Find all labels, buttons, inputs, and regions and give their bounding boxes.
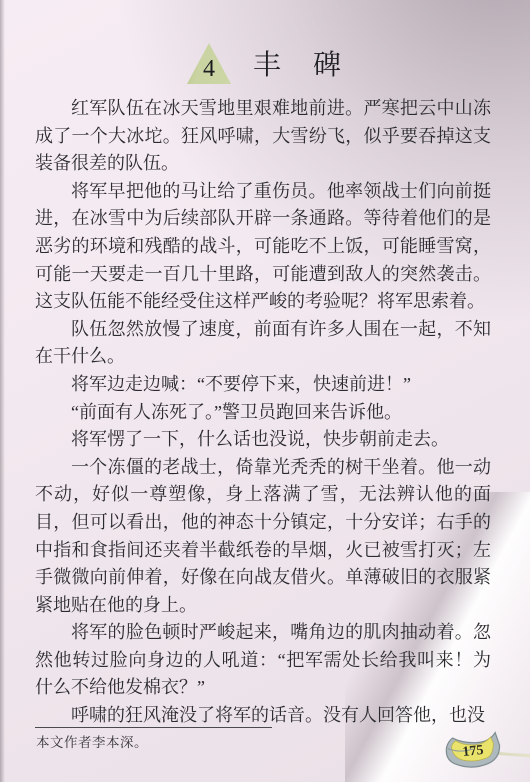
paragraph: 一个冻僵的老战士，倚靠光秃秃的树干坐着。他一动不动，好似一尊塑像，身上落满了雪，… xyxy=(35,454,491,620)
paragraph: 将军愣了一下，什么话也没说，快步朝前走去。 xyxy=(35,426,491,454)
page-number: 175 xyxy=(462,743,484,760)
paragraph: 将军的脸色顿时严峻起来，嘴角边的肌肉抽动着。忽然他转过脸向身边的人吼道：“把军需… xyxy=(35,619,491,702)
page-number-badge: 175 xyxy=(442,727,504,775)
page-left-edge-shadow xyxy=(0,0,5,782)
footnote-divider xyxy=(35,727,272,728)
paragraph: “前面有人冻死了。”警卫员跑回来告诉他。 xyxy=(35,399,491,427)
lesson-body: 红军队伍在冰天雪地里艰难地前进。严寒把云中山冻成了一个大冰坨。狂风呼啸，大雪纷飞… xyxy=(35,95,491,731)
footnote-author: 本文作者李本深。 xyxy=(36,731,148,751)
lesson-number-triangle-icon: 4 xyxy=(187,43,231,84)
paragraph: 红军队伍在冰天雪地里艰难地前进。严寒把云中山冻成了一个大冰坨。狂风呼啸，大雪纷飞… xyxy=(35,95,491,178)
paragraph: 队伍忽然放慢了速度，前面有许多人围在一起，不知在干什么。 xyxy=(35,316,491,371)
paragraph: 将军早把他的马让给了重伤员。他率领战士们向前挺进，在冰雪中为后续部队开辟一条通路… xyxy=(35,178,491,316)
textbook-page: 4 丰 碑 红军队伍在冰天雪地里艰难地前进。严寒把云中山冻成了一个大冰坨。狂风呼… xyxy=(0,0,530,782)
lesson-header: 4 丰 碑 xyxy=(0,40,530,84)
paragraph: 呼啸的狂风淹没了将军的话音。没有人回答他，也没 xyxy=(35,702,491,730)
lesson-title: 丰 碑 xyxy=(253,52,343,84)
open-book-icon: 175 xyxy=(442,727,504,775)
paragraph: 将军边走边喊：“不要停下来，快速前进！” xyxy=(35,371,491,399)
lesson-number: 4 xyxy=(203,57,215,84)
